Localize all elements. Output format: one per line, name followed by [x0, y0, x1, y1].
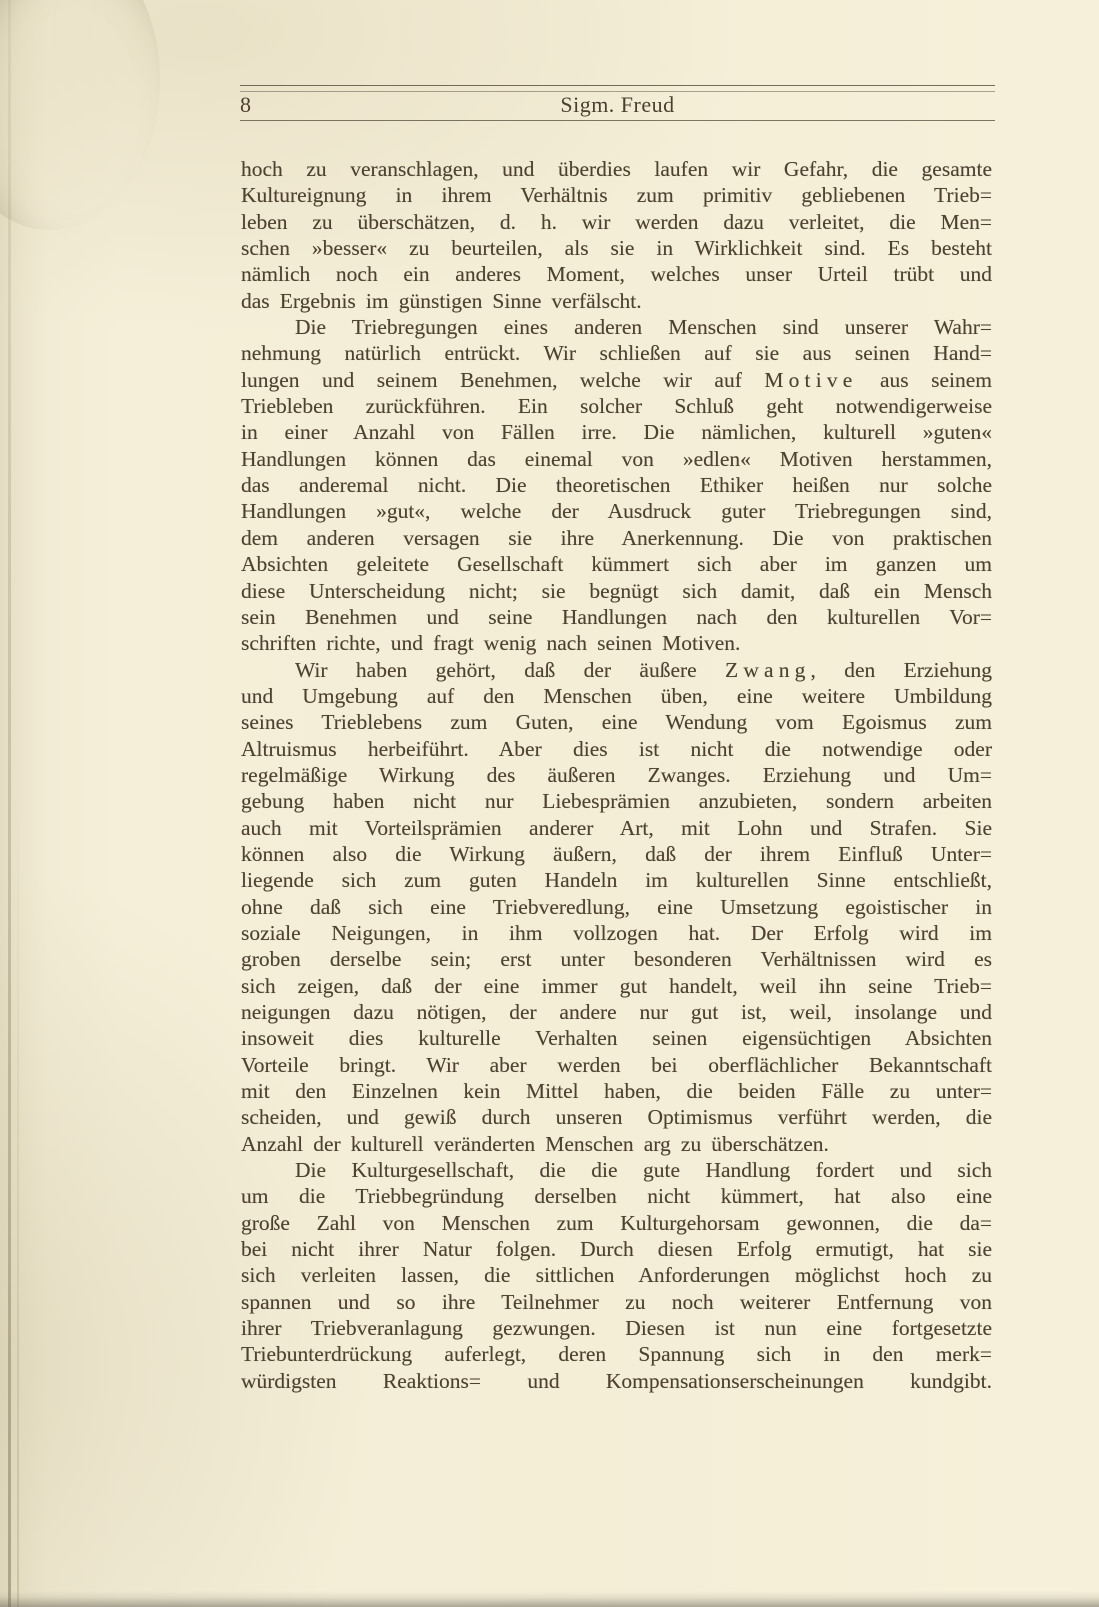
scan-bottom-shadow	[0, 1591, 1099, 1607]
page-edge-line	[8, 0, 11, 1607]
text-line: nehmung natürlich entrückt. Wir schließe…	[241, 340, 992, 366]
paragraph: Die Kulturgesellschaft, die die gute Han…	[241, 1157, 992, 1394]
paragraph: Die Triebregungen eines anderen Menschen…	[241, 314, 992, 656]
text-line: dem anderen versagen sie ihre Anerkennun…	[241, 525, 992, 551]
text-line: ohne daß sich eine Triebveredlung, eine …	[241, 894, 992, 920]
text-line: in einer Anzahl von Fällen irre. Die näm…	[241, 419, 992, 445]
text-line: schen »besser« zu beurteilen, als sie in…	[241, 235, 992, 261]
text-line: seines Trieblebens zum Guten, eine Wendu…	[241, 709, 992, 735]
text-line: Die Triebregungen eines anderen Menschen…	[241, 314, 992, 340]
running-head: Sigm. Freud	[240, 92, 995, 118]
text-line: und Umgebung auf den Menschen üben, eine…	[241, 683, 992, 709]
emphasized-spaced-word: Motive	[764, 368, 857, 392]
header-rule-top	[240, 85, 995, 92]
paragraph: hoch zu veranschlagen, und überdies lauf…	[241, 156, 992, 314]
text-line: nämlich noch ein anderes Moment, welches…	[241, 261, 992, 287]
text-line: hoch zu veranschlagen, und überdies lauf…	[241, 156, 992, 182]
text-segment: , den Erziehung	[811, 658, 992, 682]
text-line: sich verleiten lassen, die sittlichen An…	[241, 1262, 992, 1288]
text-line: Handlungen »gut«, welche der Ausdruck gu…	[241, 498, 992, 524]
text-line: spannen und so ihre Teilnehmer zu noch w…	[241, 1289, 992, 1315]
body-text: hoch zu veranschlagen, und überdies lauf…	[241, 156, 992, 1394]
book-page-scan: 8 Sigm. Freud hoch zu veranschlagen, und…	[0, 0, 1099, 1607]
text-line: schriften richte, und fragt wenig nach s…	[241, 630, 992, 656]
text-line: würdigsten Reaktions= und Kompensationse…	[241, 1368, 992, 1394]
text-line: sich zeigen, daß der eine immer gut hand…	[241, 973, 992, 999]
text-line: bei nicht ihrer Natur folgen. Durch dies…	[241, 1236, 992, 1262]
text-line: Vorteile bringt. Wir aber werden bei obe…	[241, 1052, 992, 1078]
text-line: insoweit dies kulturelle Verhalten seine…	[241, 1025, 992, 1051]
text-line: um die Triebbegründung derselben nicht k…	[241, 1183, 992, 1209]
text-line: Die Kulturgesellschaft, die die gute Han…	[241, 1157, 992, 1183]
text-line: Anzahl der kulturell veränderten Mensche…	[241, 1131, 992, 1157]
page-corner-shadow	[0, 0, 160, 230]
text-line: ihrer Triebveranlagung gezwungen. Diesen…	[241, 1315, 992, 1341]
page-header: 8 Sigm. Freud	[240, 92, 995, 118]
text-line: können also die Wirkung äußern, daß der …	[241, 841, 992, 867]
text-line: neigungen dazu nötigen, der andere nur g…	[241, 999, 992, 1025]
text-line: Altruismus herbeiführt. Aber dies ist ni…	[241, 736, 992, 762]
text-line: Handlungen können das einemal von »edlen…	[241, 446, 992, 472]
text-line: groben derselbe sein; erst unter besonde…	[241, 946, 992, 972]
text-line: das Ergebnis im günstigen Sinne verfälsc…	[241, 288, 992, 314]
header-rule-bottom	[240, 120, 995, 121]
text-line: Absichten geleitete Gesellschaft kümmert…	[241, 551, 992, 577]
text-line: auch mit Vorteilsprämien anderer Art, mi…	[241, 815, 992, 841]
text-line: das anderemal nicht. Die theoretischen E…	[241, 472, 992, 498]
text-segment: aus seinem	[857, 368, 992, 392]
text-line: sein Benehmen und seine Handlungen nach …	[241, 604, 992, 630]
text-line: liegende sich zum guten Handeln im kultu…	[241, 867, 992, 893]
text-segment: lungen und seinem Benehmen, welche wir a…	[241, 368, 764, 392]
text-line: leben zu überschätzen, d. h. wir werden …	[241, 209, 992, 235]
text-line: mit den Einzelnen kein Mittel haben, die…	[241, 1078, 992, 1104]
text-line: lungen und seinem Benehmen, welche wir a…	[241, 367, 992, 393]
text-line: Triebunterdrückung auferlegt, deren Span…	[241, 1341, 992, 1367]
emphasized-spaced-word: Zwang	[725, 658, 811, 682]
text-line: Triebleben zurückführen. Ein solcher Sch…	[241, 393, 992, 419]
paragraph: Wir haben gehört, daß der äußere Zwang, …	[241, 657, 992, 1158]
text-line: gebung haben nicht nur Liebesprämien anz…	[241, 788, 992, 814]
text-line: Wir haben gehört, daß der äußere Zwang, …	[241, 657, 992, 683]
page-edge-line	[17, 780, 19, 1607]
text-line: regelmäßige Wirkung des äußeren Zwanges.…	[241, 762, 992, 788]
text-line: soziale Neigungen, in ihm vollzogen hat.…	[241, 920, 992, 946]
text-segment: Wir haben gehört, daß der äußere	[295, 658, 725, 682]
text-line: Kultureignung in ihrem Verhältnis zum pr…	[241, 182, 992, 208]
text-line: scheiden, und gewiß durch unseren Optimi…	[241, 1104, 992, 1130]
text-line: diese Unterscheidung nicht; sie begnügt …	[241, 578, 992, 604]
text-line: große Zahl von Menschen zum Kulturgehors…	[241, 1210, 992, 1236]
